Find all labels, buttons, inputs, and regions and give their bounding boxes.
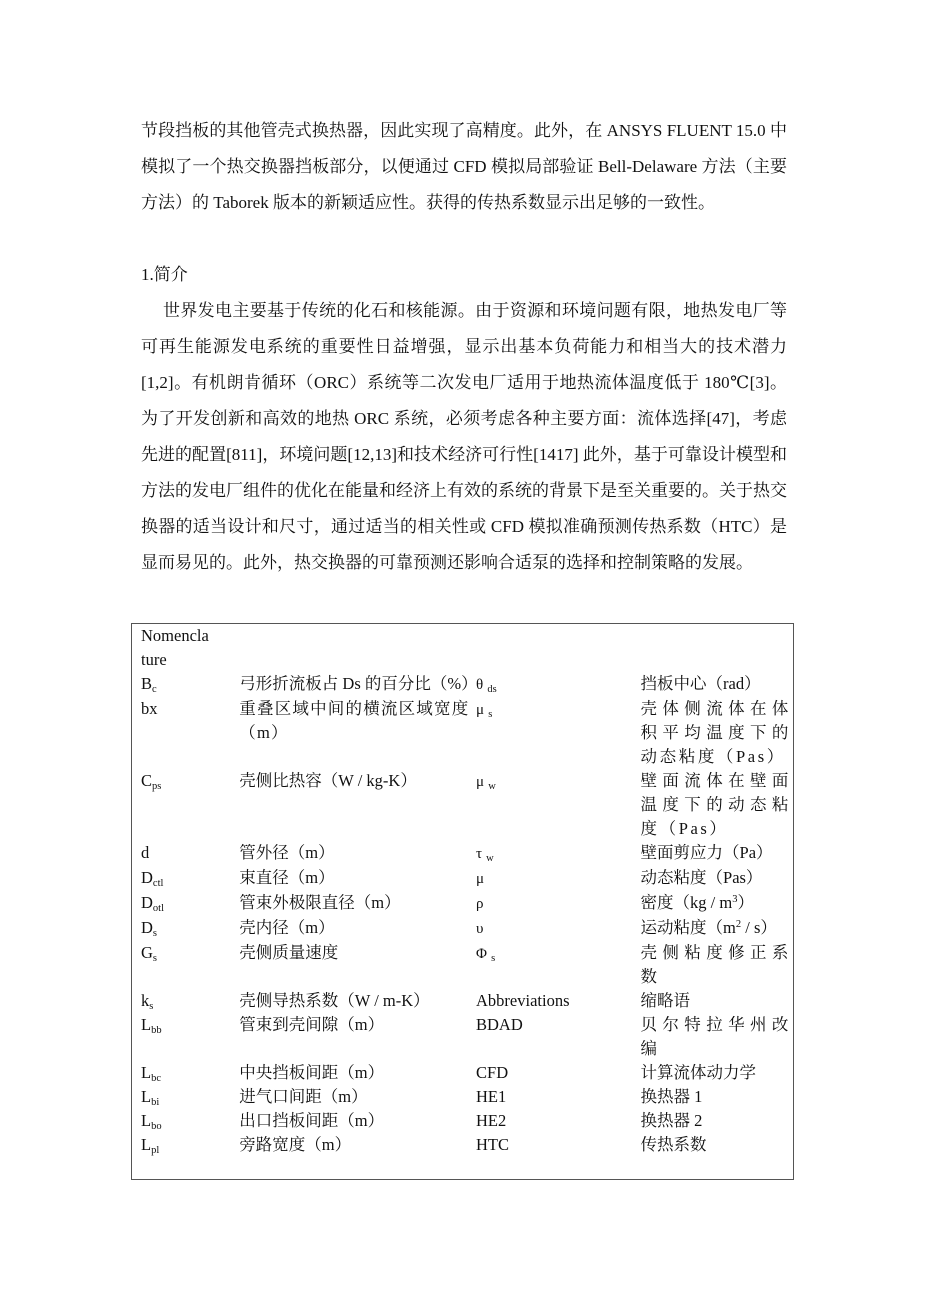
- description-cell: 中央挡板间距（m）: [239, 1061, 476, 1085]
- description-cell: 管束外极限直径（m）: [239, 891, 476, 916]
- description2-cell: 计算流体动力学: [641, 1061, 791, 1085]
- description-cell: 壳侧导热系数（W / m-K）: [239, 989, 476, 1013]
- section-heading-introduction: 1.简介: [141, 257, 188, 293]
- table-row: Lbo 出口挡板间距（m） HE2 换热器 2: [141, 1109, 791, 1133]
- table-row: Bc 弓形折流板占 Ds 的百分比（%） θ ds 挡板中心（rad）: [141, 672, 791, 697]
- nomenclature-title-line2: ture: [141, 650, 167, 669]
- description2-cell: 运动粘度（m2 / s）: [641, 916, 791, 941]
- symbol-cell: bx: [141, 697, 239, 769]
- symbol-cell: Dctl: [141, 866, 239, 891]
- table-row: Cps 壳侧比热容（W / kg-K） μ w 壁面流体在壁面温度下的动态粘度（…: [141, 769, 791, 841]
- document-page: 节段挡板的其他管壳式换热器，因此实现了高精度。此外，在 ANSYS FLUENT…: [0, 0, 926, 1309]
- description-cell: 弓形折流板占 Ds 的百分比（%）: [239, 672, 476, 697]
- description-cell: 束直径（m）: [239, 866, 476, 891]
- description2-cell: 换热器 1: [641, 1085, 791, 1109]
- table-row: Lbi 进气口间距（m） HE1 换热器 1: [141, 1085, 791, 1109]
- symbol-cell: Ds: [141, 916, 239, 941]
- description-cell: 壳内径（m）: [239, 916, 476, 941]
- symbol-cell: Lbo: [141, 1109, 239, 1133]
- symbol2-cell: θ ds: [476, 672, 641, 697]
- introduction-paragraph: 世界发电主要基于传统的化石和核能源。由于资源和环境问题有限，地热发电厂等可再生能…: [141, 293, 787, 581]
- nomenclature-header-row: Nomencla ture: [141, 624, 791, 672]
- table-row: Lpl 旁路宽度（m） HTC 传热系数: [141, 1133, 791, 1157]
- symbol2-cell: υ: [476, 916, 641, 941]
- abbreviation-cell: HE1: [476, 1085, 641, 1109]
- description-cell: 出口挡板间距（m）: [239, 1109, 476, 1133]
- description2-cell: 传热系数: [641, 1133, 791, 1157]
- symbol-cell: Cps: [141, 769, 239, 841]
- table-row: bx 重叠区域中间的横流区域宽度（m） μ s 壳体侧流体在体积平均温度下的动态…: [141, 697, 791, 769]
- description2-cell: 密度（kg / m3）: [641, 891, 791, 916]
- symbol-cell: Gs: [141, 941, 239, 989]
- nomenclature-title-line1: Nomencla: [141, 626, 209, 645]
- description2-cell: 壁面剪应力（Pa）: [641, 841, 791, 866]
- description-cell: 进气口间距（m）: [239, 1085, 476, 1109]
- description-cell: 管束到壳间隙（m）: [239, 1013, 476, 1061]
- description-cell: 旁路宽度（m）: [239, 1133, 476, 1157]
- symbol2-cell: ρ: [476, 891, 641, 916]
- nomenclature-title: Nomencla ture: [141, 624, 239, 672]
- description2-cell: 换热器 2: [641, 1109, 791, 1133]
- symbol-cell: ks: [141, 989, 239, 1013]
- abbreviation-cell: HE2: [476, 1109, 641, 1133]
- table-row: ks 壳侧导热系数（W / m-K） Abbreviations 缩略语: [141, 989, 791, 1013]
- table-row: Lbc 中央挡板间距（m） CFD 计算流体动力学: [141, 1061, 791, 1085]
- description-cell: 壳侧质量速度: [239, 941, 476, 989]
- description2-cell: 贝尔特拉华州改编: [641, 1013, 791, 1061]
- description2-cell: 壳体侧流体在体积平均温度下的动态粘度（Pas）: [641, 697, 791, 769]
- symbol-cell: Dotl: [141, 891, 239, 916]
- nomenclature-table: Nomencla ture Bc 弓形折流板占 Ds 的百分比（%） θ ds …: [131, 623, 794, 1180]
- symbol-cell: d: [141, 841, 239, 866]
- abstract-paragraph: 节段挡板的其他管壳式换热器，因此实现了高精度。此外，在 ANSYS FLUENT…: [141, 113, 787, 221]
- symbol-cell: Lbc: [141, 1061, 239, 1085]
- abbreviation-cell: CFD: [476, 1061, 641, 1085]
- symbol2-cell: τ w: [476, 841, 641, 866]
- table-row: Gs 壳侧质量速度 Φ s 壳侧粘度修正系数: [141, 941, 791, 989]
- abbreviations-heading: Abbreviations: [476, 989, 641, 1013]
- abbreviation-cell: BDAD: [476, 1013, 641, 1061]
- description-cell: 壳侧比热容（W / kg-K）: [239, 769, 476, 841]
- description2-cell: 壳侧粘度修正系数: [641, 941, 791, 989]
- symbol-cell: Lbi: [141, 1085, 239, 1109]
- table-row: Dctl 束直径（m） μ 动态粘度（Pas）: [141, 866, 791, 891]
- description2-cell: 动态粘度（Pas）: [641, 866, 791, 891]
- table-row: Ds 壳内径（m） υ 运动粘度（m2 / s）: [141, 916, 791, 941]
- description-cell: 管外径（m）: [239, 841, 476, 866]
- description-cell: 重叠区域中间的横流区域宽度（m）: [239, 697, 476, 769]
- table-row: Lbb 管束到壳间隙（m） BDAD 贝尔特拉华州改编: [141, 1013, 791, 1061]
- description2-cell: 缩略语: [641, 989, 791, 1013]
- description2-cell: 壁面流体在壁面温度下的动态粘度（Pas）: [641, 769, 791, 841]
- table-row: d 管外径（m） τ w 壁面剪应力（Pa）: [141, 841, 791, 866]
- symbol2-cell: μ: [476, 866, 641, 891]
- table-row: Dotl 管束外极限直径（m） ρ 密度（kg / m3）: [141, 891, 791, 916]
- symbol2-cell: μ w: [476, 769, 641, 841]
- symbol-cell: Bc: [141, 672, 239, 697]
- description2-cell: 挡板中心（rad）: [641, 672, 791, 697]
- abbreviation-cell: HTC: [476, 1133, 641, 1157]
- symbol2-cell: μ s: [476, 697, 641, 769]
- symbol2-cell: Φ s: [476, 941, 641, 989]
- symbol-cell: Lbb: [141, 1013, 239, 1061]
- symbol-cell: Lpl: [141, 1133, 239, 1157]
